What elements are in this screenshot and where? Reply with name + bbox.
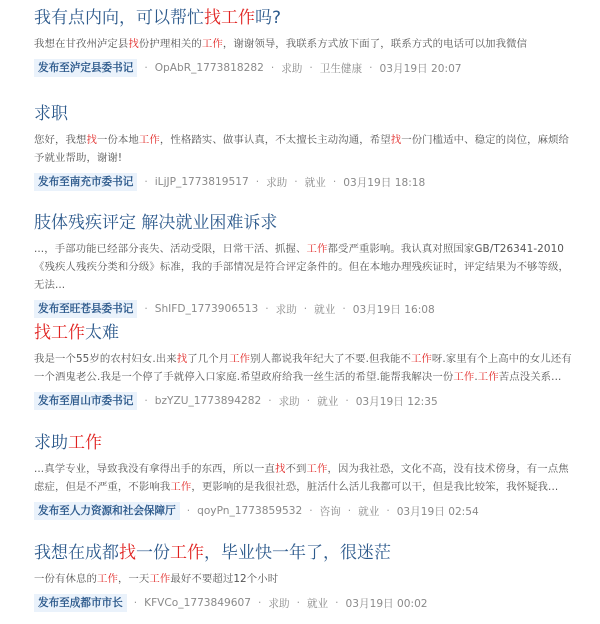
keyword-highlight: 工作 xyxy=(411,353,432,365)
list-item: 肢体残疾评定 解决就业困难诉求 ...，手部功能已经部分丧失、活动受限，日常干活… xyxy=(34,211,574,318)
text-segment: 我想在成都 xyxy=(34,543,119,563)
message-category: 就业 xyxy=(317,394,338,409)
separator-dot: · xyxy=(386,505,389,517)
separator-dot: · xyxy=(144,176,147,188)
item-summary: 我是一个55岁的农村妇女.出来找了几个月工作别人都说我年纪大了不要.但我能不工作… xyxy=(34,350,574,386)
text-segment: 太难 xyxy=(85,323,119,343)
user-id: ShIFD_1773906513 xyxy=(155,303,259,315)
item-title[interactable]: 我有点内向，可以帮忙找工作吗? xyxy=(34,6,574,30)
item-summary: 我想在甘孜州泸定县找份护理相关的工作，谢谢领导，我联系方式放下面了，联系方式的电… xyxy=(34,35,574,53)
item-title[interactable]: 求职 xyxy=(34,102,574,126)
separator-dot: · xyxy=(265,303,268,315)
text-segment: 我想在甘孜州泸定县 xyxy=(34,38,128,50)
keyword-highlight: 工作 xyxy=(170,543,204,563)
text-segment: 份护理相关的 xyxy=(139,38,202,50)
keyword-highlight: 找 xyxy=(119,543,136,563)
item-meta: 发布至南充市委书记 · iLjJP_1773819517 · 求助 · 就业 ·… xyxy=(34,173,574,191)
text-segment: 苦点没关系... xyxy=(499,371,562,383)
item-title[interactable]: 找工作太难 xyxy=(34,321,574,345)
list-item: 求职 您好，我想找一份本地工作，性格踏实、做事认真，不太擅长主动沟通，希望找一份… xyxy=(34,102,574,191)
separator-dot: · xyxy=(144,62,147,74)
item-summary: ...，手部功能已经部分丧失、活动受限，日常干活、抓握、工作都受严重影响。我认真… xyxy=(34,240,574,294)
separator-dot: · xyxy=(309,505,312,517)
item-meta: 发布至人力资源和社会保障厅 · qoyPn_1773859532 · 咨询 · … xyxy=(34,502,574,520)
text-segment: 我有点内向，可以帮忙 xyxy=(34,8,204,28)
text-segment: 一份本地 xyxy=(97,134,139,146)
recipient-badge[interactable]: 发布至成都市市长 xyxy=(34,594,127,612)
message-category: 就业 xyxy=(305,175,326,190)
timestamp: 03月19日 16:08 xyxy=(353,302,435,317)
keyword-highlight: 找 xyxy=(391,134,402,146)
keyword-highlight: 工作 xyxy=(202,38,223,50)
message-type: 咨询 xyxy=(320,504,341,519)
separator-dot: · xyxy=(297,597,300,609)
separator-dot: · xyxy=(304,303,307,315)
text-segment: ，更影响的是我很社恐，脏活什么活儿我都可以干，但是我比较笨，我怀疑我... xyxy=(191,481,558,493)
separator-dot: · xyxy=(333,176,336,188)
text-segment: 不到 xyxy=(286,463,307,475)
user-id: bzYZU_1773894282 xyxy=(155,395,261,407)
user-id: OpAbR_1773818282 xyxy=(155,62,264,74)
recipient-badge[interactable]: 发布至人力资源和社会保障厅 xyxy=(34,502,180,520)
text-segment: 求助 xyxy=(34,433,68,453)
text-segment: 您好，我想 xyxy=(34,134,86,146)
message-type: 求助 xyxy=(281,61,302,76)
text-segment: ，性格踏实、做事认真，不太擅长主动沟通，希望 xyxy=(160,134,391,146)
item-meta: 发布至旺苍县委书记 · ShIFD_1773906513 · 求助 · 就业 ·… xyxy=(34,300,574,318)
recipient-badge[interactable]: 发布至眉山市委书记 xyxy=(34,392,137,410)
text-segment: 一份有休息的 xyxy=(34,573,97,585)
item-title[interactable]: 肢体残疾评定 解决就业困难诉求 xyxy=(34,211,574,235)
separator-dot: · xyxy=(342,303,345,315)
separator-dot: · xyxy=(144,395,147,407)
list-item: 求助工作 ...真学专业，导致我没有拿得出手的东西，所以一直找不到工作，因为我社… xyxy=(34,431,574,520)
keyword-highlight: 工作 xyxy=(139,134,160,146)
recipient-badge[interactable]: 发布至旺苍县委书记 xyxy=(34,300,137,318)
recipient-badge[interactable]: 发布至南充市委书记 xyxy=(34,173,137,191)
message-category: 就业 xyxy=(314,302,335,317)
message-category: 就业 xyxy=(358,504,379,519)
item-summary: 一份有休息的工作，一天工作最好不要超过12个小时 xyxy=(34,570,574,588)
keyword-highlight: 工作 xyxy=(170,481,191,493)
text-segment: ，谢谢领导，我联系方式放下面了，联系方式的电话可以加我微信 xyxy=(223,38,527,50)
timestamp: 03月19日 20:07 xyxy=(380,61,462,76)
user-id: iLjJP_1773819517 xyxy=(155,176,249,188)
text-segment: ...真学专业，导致我没有拿得出手的东西，所以一直 xyxy=(34,463,275,475)
list-item: 我想在成都找一份工作，毕业快一年了，很迷茫 一份有休息的工作，一天工作最好不要超… xyxy=(34,541,574,612)
separator-dot: · xyxy=(369,62,372,74)
text-segment: 一份 xyxy=(136,543,170,563)
separator-dot: · xyxy=(134,597,137,609)
item-meta: 发布至眉山市委书记 · bzYZU_1773894282 · 求助 · 就业 ·… xyxy=(34,392,574,410)
keyword-highlight: 工作 xyxy=(453,371,474,383)
list-item: 找工作太难 我是一个55岁的农村妇女.出来找了几个月工作别人都说我年纪大了不要.… xyxy=(34,321,574,410)
keyword-highlight: 找 xyxy=(128,38,139,50)
item-summary: 您好，我想找一份本地工作，性格踏实、做事认真，不太擅长主动沟通，希望找一份门槛适… xyxy=(34,131,574,167)
keyword-highlight: 工作 xyxy=(68,433,102,453)
text-segment: 肢体残疾评定 解决就业困难诉求 xyxy=(34,213,277,233)
keyword-highlight: 找工作 xyxy=(34,323,85,343)
keyword-highlight: 找 xyxy=(86,134,97,146)
separator-dot: · xyxy=(258,597,261,609)
separator-dot: · xyxy=(335,597,338,609)
item-meta: 发布至成都市市长 · KFVCo_1773849607 · 求助 · 就业 · … xyxy=(34,594,574,612)
separator-dot: · xyxy=(187,505,190,517)
text-segment: 吗? xyxy=(255,8,281,28)
separator-dot: · xyxy=(144,303,147,315)
message-type: 求助 xyxy=(276,302,297,317)
text-segment: 最好不要超过12个小时 xyxy=(170,573,278,585)
separator-dot: · xyxy=(307,395,310,407)
user-id: qoyPn_1773859532 xyxy=(197,505,302,517)
keyword-highlight: 工作 xyxy=(478,371,499,383)
keyword-highlight: 找 xyxy=(275,463,286,475)
text-segment: ，一天 xyxy=(118,573,149,585)
item-summary: ...真学专业，导致我没有拿得出手的东西，所以一直找不到工作，因为我社恐，文化不… xyxy=(34,460,574,496)
separator-dot: · xyxy=(271,62,274,74)
list-item: 我有点内向，可以帮忙找工作吗? 我想在甘孜州泸定县找份护理相关的工作，谢谢领导，… xyxy=(34,6,574,77)
timestamp: 03月19日 00:02 xyxy=(346,596,428,611)
message-type: 求助 xyxy=(266,175,287,190)
separator-dot: · xyxy=(294,176,297,188)
message-type: 求助 xyxy=(279,394,300,409)
timestamp: 03月19日 02:54 xyxy=(397,504,479,519)
separator-dot: · xyxy=(348,505,351,517)
keyword-highlight: 工作 xyxy=(229,353,250,365)
item-title[interactable]: 我想在成都找一份工作，毕业快一年了，很迷茫 xyxy=(34,541,574,565)
timestamp: 03月19日 18:18 xyxy=(343,175,425,190)
timestamp: 03月19日 12:35 xyxy=(356,394,438,409)
keyword-highlight: 工作 xyxy=(97,573,118,585)
separator-dot: · xyxy=(309,62,312,74)
text-segment: ...，手部功能已经部分丧失、活动受限，日常干活、抓握、 xyxy=(34,243,306,255)
text-segment: 了几个月 xyxy=(187,353,229,365)
text-segment: 求职 xyxy=(34,104,68,124)
text-segment: ，毕业快一年了，很迷茫 xyxy=(204,543,391,563)
recipient-badge[interactable]: 发布至泸定县委书记 xyxy=(34,59,137,77)
text-segment: 别人都说我年纪大了不要.但我能不 xyxy=(250,353,411,365)
item-meta: 发布至泸定县委书记 · OpAbR_1773818282 · 求助 · 卫生健康… xyxy=(34,59,574,77)
separator-dot: · xyxy=(256,176,259,188)
message-category: 卫生健康 xyxy=(320,61,362,76)
message-category: 就业 xyxy=(307,596,328,611)
item-title[interactable]: 求助工作 xyxy=(34,431,574,455)
keyword-highlight: 工作 xyxy=(306,463,327,475)
keyword-highlight: 工作 xyxy=(149,573,170,585)
keyword-highlight: 找工作 xyxy=(204,8,255,28)
separator-dot: · xyxy=(268,395,271,407)
separator-dot: · xyxy=(345,395,348,407)
message-type: 求助 xyxy=(268,596,289,611)
text-segment: 我是一个55岁的农村妇女.出来 xyxy=(34,353,177,365)
user-id: KFVCo_1773849607 xyxy=(144,597,251,609)
keyword-highlight: 找 xyxy=(177,353,188,365)
keyword-highlight: 工作 xyxy=(306,243,327,255)
